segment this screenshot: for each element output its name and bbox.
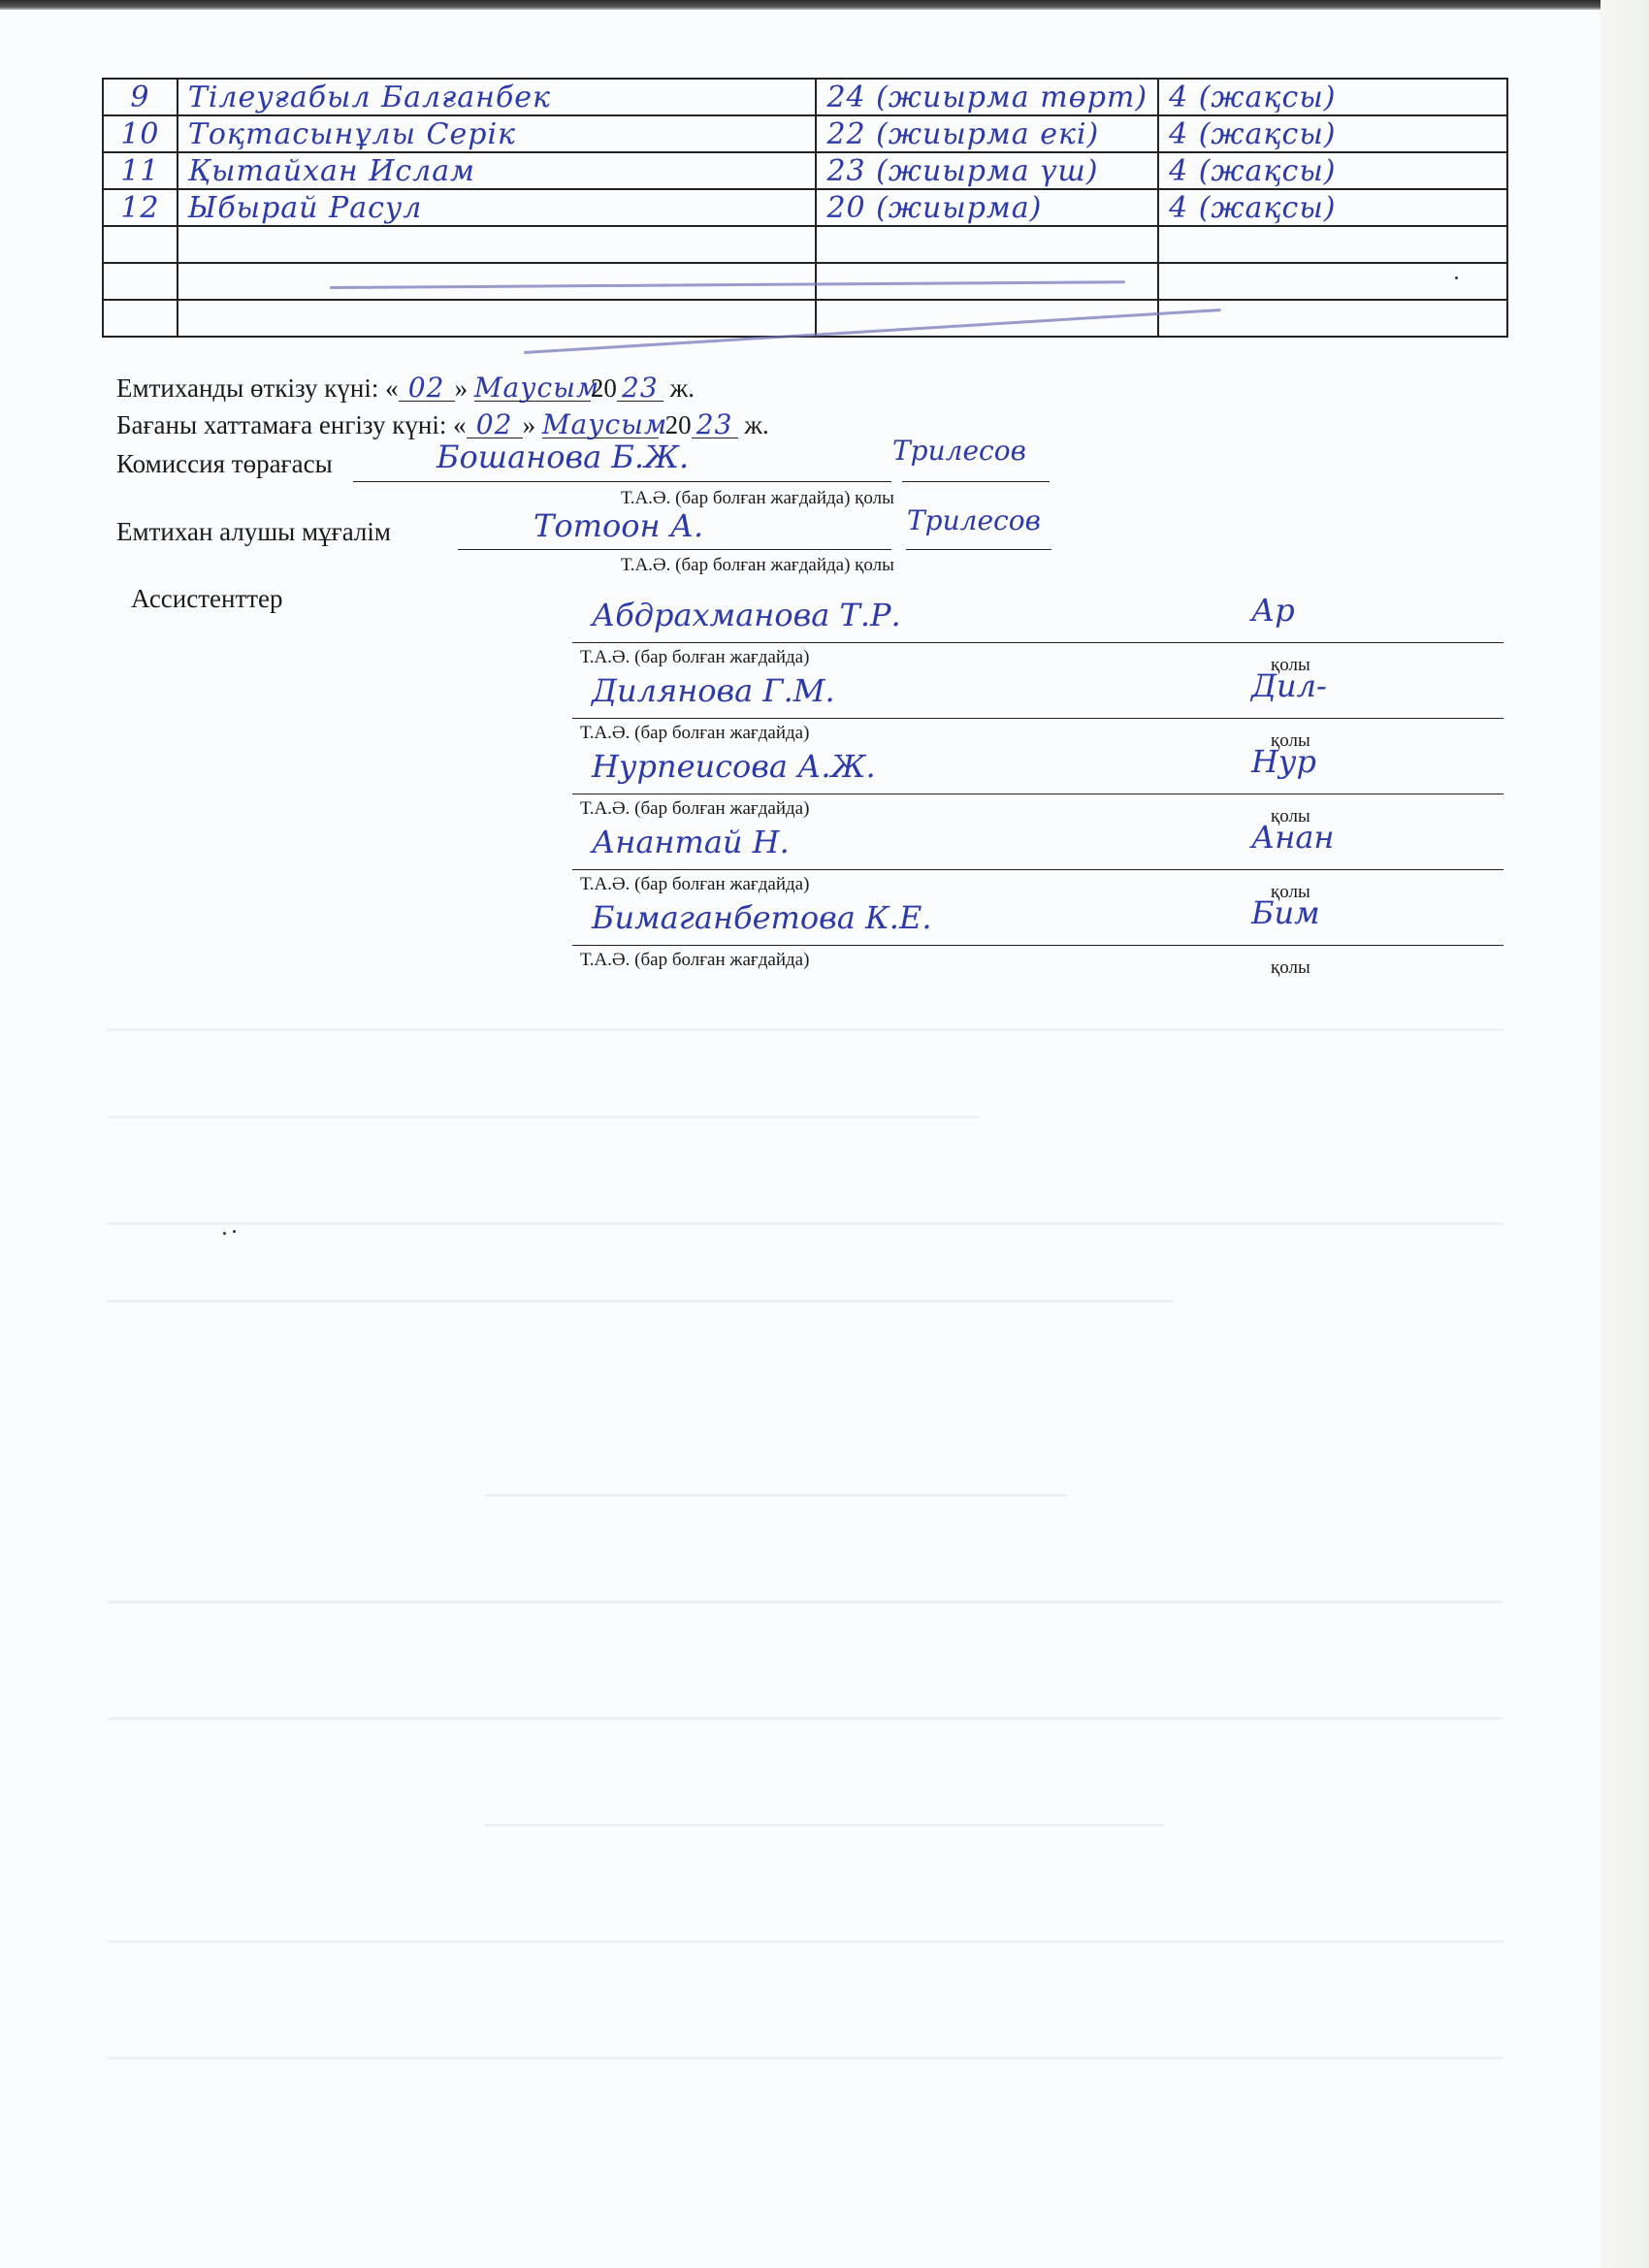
grade-cell-text: 4 (жақсы) xyxy=(1169,191,1336,225)
student-name: Қытайхан Ислам xyxy=(178,152,817,189)
examiner-name-line xyxy=(458,549,891,550)
student-name xyxy=(178,263,817,300)
examiner-name-handwritten: Тотоон А. xyxy=(533,507,703,544)
table-row: 11Қытайхан Ислам23 (жиырма үш)4 (жақсы) xyxy=(103,152,1507,189)
assistant-name-caption: Т.А.Ә. (бар болған жағдайда) xyxy=(580,874,809,895)
row-number xyxy=(103,226,178,263)
chair-name-line xyxy=(353,481,891,482)
assistant-name-handwritten: Нурпеисова А.Ж. xyxy=(592,748,876,785)
score-cell-text: 23 (жиырма үш) xyxy=(826,154,1098,188)
examiner-signature-line xyxy=(906,549,1051,550)
grade-cell-text: 4 (жақсы) xyxy=(1169,154,1336,188)
assistant-signature: Ар xyxy=(1251,592,1295,629)
entry-date-label: Бағаны хаттамаға енгізу күні: « xyxy=(116,410,467,439)
scan-speck xyxy=(1455,276,1458,279)
scan-speck xyxy=(223,1232,226,1235)
assistant-signature: Дил- xyxy=(1251,667,1327,704)
grade-entry-date-line: Бағаны хаттамаға енгізу күні: «02» Маусы… xyxy=(116,410,769,440)
row-number: 10 xyxy=(103,115,178,152)
commission-chair-label: Комиссия төрағасы xyxy=(116,449,333,479)
examiner-label: Емтихан алушы мұғалім xyxy=(116,517,391,547)
table-row: 10Тоқтасынұлы Серік22 (жиырма екі)4 (жақ… xyxy=(103,115,1507,152)
examiner-signature: Трилесов xyxy=(907,504,1041,536)
entry-month-value: Маусым xyxy=(542,408,667,440)
score-cell-text: 22 (жиырма екі) xyxy=(826,117,1099,151)
quote-close: » xyxy=(523,410,536,439)
assistant-line xyxy=(572,642,1503,643)
score-cell: 24 (жиырма төрт) xyxy=(816,79,1158,115)
assistant-name-caption: Т.А.Ә. (бар болған жағдайда) xyxy=(580,723,809,744)
grade-cell-text: 4 (жақсы) xyxy=(1169,117,1336,151)
grades-table: 9Тілеуғабыл Балғанбек24 (жиырма төрт)4 (… xyxy=(102,78,1508,338)
chair-name-handwritten: Бошанова Б.Ж. xyxy=(436,438,689,475)
grade-cell-text: 4 (жақсы) xyxy=(1169,81,1336,114)
assistant-line xyxy=(572,718,1503,719)
row-number-text: 9 xyxy=(130,81,149,114)
assistant-name-handwritten: Дилянова Г.М. xyxy=(592,672,835,709)
row-number: 9 xyxy=(103,79,178,115)
assistant-signature: Бим xyxy=(1251,894,1320,931)
row-number-text: 11 xyxy=(120,154,159,188)
chair-signature: Трилесов xyxy=(892,435,1026,467)
assistant-name-caption: Т.А.Ә. (бар болған жағдайда) xyxy=(580,647,809,668)
student-name: Ыбырай Расул xyxy=(178,189,817,226)
exam-year-value: 23 xyxy=(622,372,659,404)
entry-century: 20 xyxy=(665,410,692,439)
year-suffix: ж. xyxy=(744,410,768,439)
assistant-name-handwritten: Анантай Н. xyxy=(592,824,790,860)
grade-cell: 4 (жақсы) xyxy=(1158,189,1507,226)
chair-caption: Т.А.Ә. (бар болған жағдайда) қолы xyxy=(621,488,894,509)
grade-cell xyxy=(1158,226,1507,263)
assistant-name-caption: Т.А.Ә. (бар болған жағдайда) xyxy=(580,798,809,820)
student-name: Тілеуғабыл Балғанбек xyxy=(178,79,817,115)
student-name-text: Тілеуғабыл Балғанбек xyxy=(188,81,551,114)
score-cell: 23 (жиырма үш) xyxy=(816,152,1158,189)
examiner-caption: Т.А.Ә. (бар болған жағдайда) қолы xyxy=(621,555,894,576)
assistants-label: Ассистенттер xyxy=(131,584,283,614)
student-name-text: Ыбырай Расул xyxy=(188,191,423,225)
grade-cell: 4 (жақсы) xyxy=(1158,79,1507,115)
entry-year-value: 23 xyxy=(696,408,733,440)
assistant-name-caption: Т.А.Ә. (бар болған жағдайда) xyxy=(580,950,809,971)
assistant-line xyxy=(572,869,1503,870)
assistant-signature: Анан xyxy=(1251,819,1334,856)
assistant-sign-caption: қолы xyxy=(1271,957,1310,979)
table-row xyxy=(103,226,1507,263)
table-row xyxy=(103,263,1507,300)
entry-day-value: 02 xyxy=(476,408,513,440)
year-suffix: ж. xyxy=(670,373,695,403)
row-number: 11 xyxy=(103,152,178,189)
student-name-text: Тоқтасынұлы Серік xyxy=(188,117,516,151)
grade-cell: 4 (жақсы) xyxy=(1158,115,1507,152)
student-name-text: Қытайхан Ислам xyxy=(188,154,475,188)
exam-day-value: 02 xyxy=(408,372,445,404)
score-cell: 22 (жиырма екі) xyxy=(816,115,1158,152)
assistant-line xyxy=(572,945,1503,946)
row-number-text: 12 xyxy=(120,191,159,225)
exam-date-label: Емтиханды өткізу күні: « xyxy=(116,373,399,403)
assistant-name-handwritten: Абдрахманова Т.Р. xyxy=(592,597,901,633)
student-name: Тоқтасынұлы Серік xyxy=(178,115,817,152)
grade-cell: 4 (жақсы) xyxy=(1158,152,1507,189)
score-cell: 20 (жиырма) xyxy=(816,189,1158,226)
assistant-line xyxy=(572,794,1503,794)
row-number: 12 xyxy=(103,189,178,226)
score-cell-text: 20 (жиырма) xyxy=(826,191,1042,225)
assistant-signature: Нур xyxy=(1251,743,1316,780)
score-cell xyxy=(816,226,1158,263)
paper-edge-shadow xyxy=(1600,0,1649,2268)
scan-speck xyxy=(233,1230,236,1233)
exam-date-line: Емтиханды өткізу күні: «02» Маусым2023 ж… xyxy=(116,373,695,404)
table-row: 9Тілеуғабыл Балғанбек24 (жиырма төрт)4 (… xyxy=(103,79,1507,115)
grade-cell xyxy=(1158,263,1507,300)
assistant-name-handwritten: Бимаганбетова К.Е. xyxy=(592,899,931,936)
exam-month-value: Маусым xyxy=(474,372,599,404)
quote-close: » xyxy=(455,373,469,403)
row-number xyxy=(103,263,178,300)
row-number-text: 10 xyxy=(120,117,159,151)
student-name xyxy=(178,226,817,263)
table-row xyxy=(103,300,1507,337)
table-row: 12Ыбырай Расул20 (жиырма)4 (жақсы) xyxy=(103,189,1507,226)
exam-century: 20 xyxy=(591,373,617,403)
row-number xyxy=(103,300,178,337)
scan-edge-band xyxy=(0,0,1649,10)
score-cell-text: 24 (жиырма төрт) xyxy=(826,81,1148,114)
grade-cell xyxy=(1158,300,1507,337)
chair-signature-line xyxy=(902,481,1050,482)
student-name xyxy=(178,300,817,337)
